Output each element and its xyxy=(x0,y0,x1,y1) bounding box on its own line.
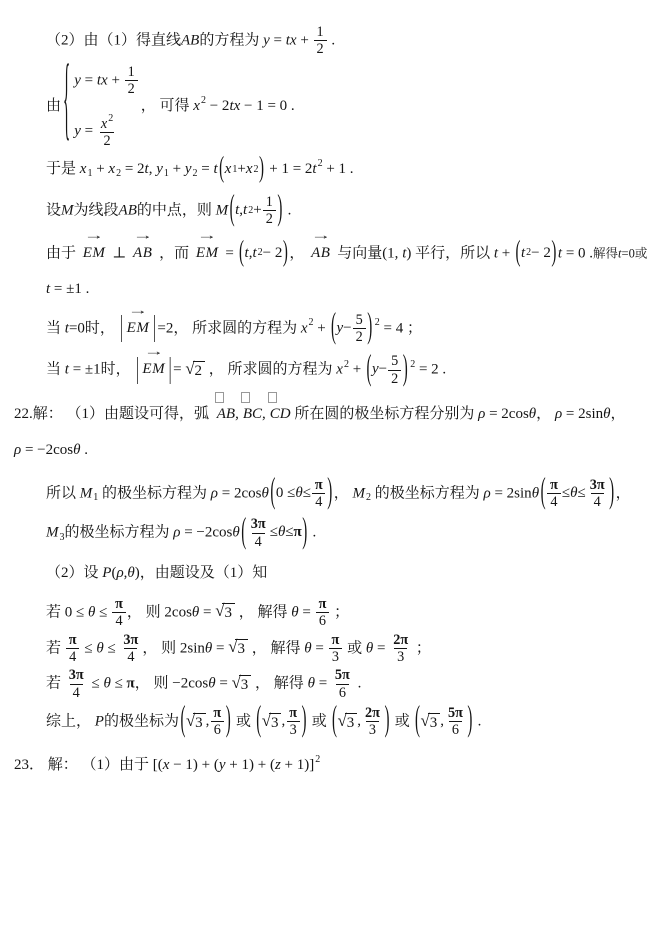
close-delimiter: ) xyxy=(225,704,231,740)
paragraph-p10: 所以 M1 的极坐标方程为 ρ = 2cosθ(0 ≤ θ ≤ π4)， M2 … xyxy=(46,477,646,511)
text-run: . xyxy=(354,676,362,692)
fenced-group: (t,t2 + 12) xyxy=(229,194,283,228)
math-variable: θ xyxy=(570,480,577,508)
paragraph-p8: 当 t = ±1时， |→EM|= √2 ， 所求圆的方程为 x2 + (y −… xyxy=(46,353,646,387)
text-run: 的极坐标方程为 xyxy=(98,485,211,501)
open-delimiter: ( xyxy=(256,704,262,740)
right-arrow-icon: → xyxy=(84,229,104,241)
math-variable: θ xyxy=(232,525,239,541)
fraction-numerator: 3π xyxy=(120,632,141,648)
text-run: + 1) + ( xyxy=(226,757,275,773)
fraction-numerator: 3π xyxy=(587,477,608,493)
text-run: 或 xyxy=(308,713,331,729)
text-run: = xyxy=(81,72,97,88)
fraction: 12 xyxy=(313,24,328,58)
arc-name: CD xyxy=(270,406,291,422)
vector: →EM xyxy=(127,315,150,343)
open-delimiter: ( xyxy=(241,515,247,551)
square-root: √3 xyxy=(232,674,252,694)
text-run: − xyxy=(379,356,387,384)
system-rows: y = tx + 12y = x22 xyxy=(74,64,139,150)
paragraph-p17: 23． 解： （1）由于 [(x − 1) + (y + 1) + (z + 1… xyxy=(14,751,646,780)
text-run: 4 xyxy=(255,534,262,550)
close-delimiter: ) xyxy=(327,476,333,512)
vector: →AB xyxy=(311,240,330,268)
paragraph-p11: M3的极坐标方程为 ρ = −2cosθ(3π4 ≤ θ ≤ π) . xyxy=(46,516,646,550)
math-variable: y xyxy=(372,356,379,384)
fenced-group: (x1 + x2) xyxy=(219,156,265,184)
text-run: 3 xyxy=(369,722,376,738)
fraction: 2π3 xyxy=(361,705,384,739)
open-delimiter: ( xyxy=(414,704,420,740)
paragraph-p9: 22.解： （1）由题设可得，弧 AB,BC,CD 所在圆的极坐标方程分别为 ρ… xyxy=(14,401,646,429)
fence-content: 3π4 ≤ θ ≤ π xyxy=(247,516,302,550)
text-run: 3π xyxy=(69,667,84,683)
arc-label: CD xyxy=(270,401,291,429)
square-root: √3 xyxy=(228,638,248,658)
close-delimiter: ) xyxy=(384,704,390,740)
close-delimiter: ) xyxy=(302,515,308,551)
text-run: ， 可得 xyxy=(141,98,194,114)
close-delimiter: ) xyxy=(282,239,288,268)
text-run: = −2cos xyxy=(180,525,232,541)
vector-name: EM xyxy=(83,245,106,261)
fraction-numerator: 2π xyxy=(362,705,383,721)
open-delimiter: ( xyxy=(332,704,338,740)
text-run: π xyxy=(69,632,77,648)
text-run: 的中点，则 xyxy=(137,202,216,218)
text-run: = xyxy=(312,640,328,656)
text-run: 的极坐标方程为 xyxy=(371,485,484,501)
superscript: 2 xyxy=(108,113,113,124)
text-run: 的方程为 xyxy=(199,32,263,48)
math-document: （2）由（1）得直线AB的方程为 y = tx + 12 .由{y = tx +… xyxy=(0,24,646,780)
square-root: √3 xyxy=(338,712,358,732)
text-run: π xyxy=(315,477,323,493)
fraction-denominator: 4 xyxy=(124,648,137,665)
text-run: π xyxy=(294,519,302,547)
fence-content: →EM xyxy=(139,356,168,384)
text-run: ≤ xyxy=(111,676,127,692)
text-run: + xyxy=(314,320,330,336)
text-run: 的极坐标方程为 xyxy=(65,525,174,541)
text-run: = 2cos xyxy=(218,485,261,501)
math-variable: M xyxy=(353,485,366,501)
fraction: π3 xyxy=(328,632,344,666)
fraction: 52 xyxy=(352,312,367,346)
math-variable: x xyxy=(80,161,87,177)
math-variable: x xyxy=(336,362,343,378)
fraction: 52 xyxy=(387,353,402,387)
open-delimiter: ( xyxy=(330,311,336,347)
fraction-denominator: 2 xyxy=(100,132,113,149)
math-variable: ρ xyxy=(484,485,491,501)
equation-system: {y = tx + 12y = x22 xyxy=(63,64,139,150)
math-variable: θ xyxy=(73,442,80,458)
fraction-numerator: π xyxy=(112,596,126,612)
fraction: 3π4 xyxy=(586,477,609,511)
math-variable: θ xyxy=(261,485,268,501)
text-run: 4 xyxy=(550,494,557,510)
text-run: + xyxy=(297,32,313,48)
text-run: ) 平行，所以 xyxy=(406,245,494,261)
text-run: 6 xyxy=(319,613,326,629)
square-root: √3 xyxy=(262,712,282,732)
fraction-numerator: 3π xyxy=(248,516,269,532)
fraction-denominator: 4 xyxy=(112,612,125,629)
close-delimiter: | xyxy=(152,314,156,343)
vector-name: EM xyxy=(196,245,219,261)
text-run: 的极坐标为 xyxy=(104,713,179,729)
fraction-denominator: 3 xyxy=(287,721,300,738)
paragraph-p14: 若 π4 ≤ θ ≤ 3π4， 则 2sinθ = √3 ， 解得 θ = π3… xyxy=(46,632,646,666)
math-variable: M xyxy=(61,202,74,218)
text-run: ； xyxy=(412,640,431,656)
text-run: 或 xyxy=(343,640,366,656)
text-run: , xyxy=(262,406,266,422)
math-variable: x xyxy=(225,156,232,184)
square-root: √2 xyxy=(185,360,205,380)
text-run: = 4 ； xyxy=(380,320,422,336)
fraction: π4 xyxy=(65,632,81,666)
text-run: = xyxy=(315,676,331,692)
fraction-denominator: 6 xyxy=(316,612,329,629)
fenced-group: (t2 − 2) xyxy=(515,240,557,268)
math-variable: tx xyxy=(286,32,297,48)
open-delimiter: | xyxy=(135,355,139,384)
fence-content: t,t2 + 12 xyxy=(235,194,277,228)
text-run: π xyxy=(332,632,340,648)
text-run: ， 则 2sin xyxy=(142,640,205,656)
text-run: = xyxy=(199,604,215,620)
text-run: = xyxy=(299,604,315,620)
open-delimiter: ( xyxy=(219,155,225,184)
fraction-denominator: 4 xyxy=(66,648,79,665)
fraction-numerator: 5π xyxy=(445,705,466,721)
fenced-group: (y − 52) xyxy=(330,312,372,346)
text-run: . xyxy=(81,442,89,458)
text-run: 2 xyxy=(103,133,110,149)
text-run: 由于 xyxy=(46,245,80,261)
text-run: ⊥ xyxy=(108,245,130,261)
text-run: =2， 所求圆的方程为 xyxy=(157,320,300,336)
text-run: 3 xyxy=(195,715,203,731)
fence-content: x1 + x2 xyxy=(225,156,259,184)
math-variable: x xyxy=(246,156,253,184)
paragraph-p12: （2）设 P(ρ,θ)，由题设及（1）知 xyxy=(46,560,646,588)
vector-name: AB xyxy=(133,245,152,261)
text-run: 3 xyxy=(430,715,438,731)
text-run: ， xyxy=(536,406,555,422)
text-run: 6 xyxy=(214,722,221,738)
fraction: 3π4 xyxy=(119,632,142,666)
fraction-numerator: π xyxy=(286,705,300,721)
text-run: =0或 xyxy=(622,246,648,260)
open-delimiter: ( xyxy=(180,704,186,740)
fenced-group: |→EM| xyxy=(120,315,157,343)
fraction-numerator: 5 xyxy=(388,353,401,369)
fraction-numerator: π xyxy=(316,596,330,612)
fraction-denominator: 4 xyxy=(252,533,265,550)
fenced-group: (3π4 ≤ θ ≤ π) xyxy=(241,516,308,550)
text-run: 3 xyxy=(347,715,355,731)
text-run: 当 xyxy=(46,362,65,378)
square-root: √3 xyxy=(186,712,206,732)
vector: →EM xyxy=(142,356,165,384)
vector-name: EM xyxy=(142,361,165,377)
math-variable: y xyxy=(263,32,270,48)
paragraph-p15: 若 3π4 ≤ θ ≤ π， 则 −2cosθ = √3 ， 解得 θ = 5π… xyxy=(46,667,646,701)
text-run: + xyxy=(108,72,124,88)
fraction-numerator: 1 xyxy=(314,24,327,40)
radicand: 3 xyxy=(222,603,235,622)
fence-content: √3,2π3 xyxy=(338,705,384,739)
text-run: ≤ xyxy=(95,604,111,620)
fraction: 3π4 xyxy=(247,516,270,550)
paragraph-p9b: ρ = −2cosθ . xyxy=(14,437,646,465)
text-run: = −2cos xyxy=(21,442,73,458)
open-delimiter: ( xyxy=(229,193,235,229)
text-run: + xyxy=(237,156,245,184)
text-run: = xyxy=(173,362,185,378)
radicand: 2 xyxy=(193,361,206,380)
text-run: = 2 xyxy=(121,161,144,177)
system-row: y = x22 xyxy=(74,113,117,150)
fraction-numerator: π xyxy=(66,632,80,648)
fence-content: →EM xyxy=(124,315,153,343)
radicand: 3 xyxy=(345,713,358,732)
fraction: 2π3 xyxy=(389,632,412,666)
math-variable: t xyxy=(243,197,247,225)
paragraph-p7: 当 t=0时， |→EM|=2， 所求圆的方程为 x2 + (y − 52)2 … xyxy=(46,312,646,346)
text-run: 2π xyxy=(365,705,380,721)
fraction-denominator: 2 xyxy=(314,40,327,57)
text-run: ， xyxy=(616,485,631,501)
text-run: 23． 解： （1）由于 xyxy=(14,757,153,773)
text-run: 若 xyxy=(46,640,65,656)
text-run: + 1 . xyxy=(323,161,354,177)
paragraph-p1: （2）由（1）得直线AB的方程为 y = tx + 12 . xyxy=(46,24,646,58)
math-variable: θ xyxy=(291,604,298,620)
text-run: − 2 xyxy=(206,98,229,114)
math-variable: M xyxy=(46,525,59,541)
fraction: 12 xyxy=(262,194,277,228)
text-run: + xyxy=(253,197,261,225)
fence-content: 0 ≤ θ ≤ π4 xyxy=(276,477,327,511)
fraction: 5π6 xyxy=(331,667,354,701)
text-run: 或 xyxy=(232,713,255,729)
fraction-numerator: π xyxy=(210,705,224,721)
radicand: 3 xyxy=(428,713,441,732)
open-delimiter: ( xyxy=(270,476,276,512)
text-run: ≤ xyxy=(285,519,293,547)
math-variable: θ xyxy=(278,519,285,547)
text-run: . xyxy=(474,713,482,729)
text-run: ， xyxy=(610,406,625,422)
math-variable: θ xyxy=(308,676,315,692)
superscript: 2 xyxy=(315,754,320,765)
math-variable: θ xyxy=(96,640,103,656)
text-run: . xyxy=(309,525,317,541)
text-run: − 2 xyxy=(531,240,551,268)
vector-name: AB xyxy=(311,245,330,261)
text-run: 由 xyxy=(46,98,61,114)
text-run: 1 xyxy=(128,64,135,80)
radicand: 3 xyxy=(235,639,248,658)
fence-content: t,t2 − 2 xyxy=(245,240,283,268)
text-run: ≤ xyxy=(270,519,278,547)
text-run: + xyxy=(349,362,365,378)
math-variable: x xyxy=(301,320,308,336)
text-run: 5 xyxy=(391,353,398,369)
fraction-denominator: 4 xyxy=(70,684,83,701)
paragraph-p6: t = ±1 . xyxy=(46,276,646,304)
paragraph-p4: 设M为线段AB的中点，则 M(t,t2 + 12) . xyxy=(46,194,646,228)
math-variable: AB xyxy=(119,202,137,218)
fence-content: y − 52 xyxy=(372,353,402,387)
text-run: 6 xyxy=(339,685,346,701)
fraction: 12 xyxy=(124,64,139,98)
text-run: ≤ xyxy=(81,640,97,656)
arc-label: AB xyxy=(217,401,235,429)
text-run: ， 则 −2cos xyxy=(135,676,208,692)
text-run: = 2sin xyxy=(491,485,532,501)
text-run: − 1 = 0 . xyxy=(240,98,294,114)
close-delimiter: ) xyxy=(467,704,473,740)
text-run: = xyxy=(212,640,228,656)
text-run: 2 xyxy=(195,363,203,379)
text-run: 2 xyxy=(128,81,135,97)
text-run: = ±1时， xyxy=(69,362,134,378)
math-variable: y xyxy=(74,72,81,88)
text-run: 5 xyxy=(356,312,363,328)
fraction: π6 xyxy=(315,596,331,630)
text-run: = ±1 . xyxy=(50,281,89,297)
math-variable: y xyxy=(336,315,343,343)
text-run: 于是 xyxy=(46,161,80,177)
math-variable: M xyxy=(80,485,93,501)
math-variable: AB xyxy=(181,32,199,48)
text-run: 4 xyxy=(315,494,322,510)
fraction: π4 xyxy=(111,596,127,630)
text-run: 3 xyxy=(332,649,339,665)
vector: →EM xyxy=(196,240,219,268)
fraction-denominator: 4 xyxy=(312,493,325,510)
fraction-numerator: π xyxy=(312,477,326,493)
open-delimiter: ( xyxy=(515,239,521,268)
text-run: = 2cos xyxy=(485,406,528,422)
text-run: 6 xyxy=(452,722,459,738)
math-variable: t xyxy=(521,240,525,268)
math-variable: t xyxy=(312,161,316,177)
fence-content: √3,π3 xyxy=(262,705,301,739)
close-delimiter: ) xyxy=(402,352,408,388)
fraction-denominator: 2 xyxy=(353,328,366,345)
text-run: 22.解： （1）由题设可得，弧 xyxy=(14,406,213,422)
text-run: 3π xyxy=(590,477,605,493)
text-run: 3 xyxy=(271,715,279,731)
text-run: − 2 xyxy=(263,240,283,268)
close-delimiter: ) xyxy=(551,239,557,268)
fraction-numerator: x2 xyxy=(98,113,116,132)
close-delimiter: | xyxy=(168,355,172,384)
text-run: . xyxy=(284,202,292,218)
fence-content: √3,5π6 xyxy=(420,705,466,739)
text-run: 0 ≤ xyxy=(276,480,295,508)
text-run: 3π xyxy=(123,632,138,648)
text-run: ， 解得 xyxy=(248,640,304,656)
text-run: ， 所求圆的方程为 xyxy=(205,362,336,378)
fraction: π4 xyxy=(546,477,562,511)
paragraph-p2: 由{y = tx + 12y = x22， 可得 x2 − 2tx − 1 = … xyxy=(46,64,646,150)
text-run: [( xyxy=(153,757,163,773)
text-run: + 1 = 2 xyxy=(265,161,312,177)
text-run: 解得 xyxy=(593,246,618,260)
fraction: π4 xyxy=(311,477,327,511)
math-variable: θ xyxy=(208,676,215,692)
fraction-numerator: 5π xyxy=(332,667,353,683)
text-run: = xyxy=(222,245,238,261)
right-arrow-icon: → xyxy=(128,304,148,316)
text-run: 3 xyxy=(224,605,232,621)
radicand: 3 xyxy=(269,713,282,732)
fence-content: t2 − 2 xyxy=(521,240,551,268)
fraction: x22 xyxy=(97,113,117,150)
math-variable: P xyxy=(95,713,104,729)
math-variable: tx xyxy=(229,98,240,114)
vector: →AB xyxy=(133,240,152,268)
text-run: 2 xyxy=(266,211,273,227)
close-delimiter: ) xyxy=(609,476,615,512)
text-run: π xyxy=(319,596,327,612)
right-arrow-icon: → xyxy=(311,229,331,241)
math-variable: θ xyxy=(304,640,311,656)
paragraph-p5: 由于 →EM ⊥ →AB ，而 →EM = (t,t2 − 2)， →AB 与向… xyxy=(46,240,646,268)
text-run: ， xyxy=(289,245,308,261)
text-run: 5π xyxy=(448,705,463,721)
text-run: 2 xyxy=(317,41,324,57)
text-run: 3π xyxy=(251,516,266,532)
text-run: 所在圆的极坐标方程分别为 xyxy=(291,406,479,422)
text-run: π xyxy=(550,477,558,493)
math-variable: θ xyxy=(103,676,110,692)
fenced-group: (√3,π6) xyxy=(180,705,231,739)
open-delimiter: | xyxy=(120,314,124,343)
arc-name: AB xyxy=(217,406,235,422)
text-run: ， xyxy=(334,485,353,501)
vector: →EM xyxy=(83,240,106,268)
text-run: − 1) + ( xyxy=(169,757,218,773)
math-variable: x xyxy=(108,161,115,177)
math-variable: y xyxy=(74,122,81,138)
fenced-group: (t,t2 − 2) xyxy=(239,240,289,268)
text-run: + xyxy=(498,245,514,261)
fraction: 5π6 xyxy=(444,705,467,739)
text-run: + xyxy=(169,161,185,177)
arc-label: BC xyxy=(243,401,262,429)
text-run: ≤ xyxy=(577,480,585,508)
text-run: ，而 xyxy=(155,245,193,261)
fraction-denominator: 4 xyxy=(547,493,560,510)
math-variable: θ xyxy=(532,485,539,501)
document-page: （2）由（1）得直线AB的方程为 y = tx + 12 .由{y = tx +… xyxy=(0,0,650,939)
close-delimiter: ) xyxy=(301,704,307,740)
fraction-numerator: 1 xyxy=(263,194,276,210)
fraction-denominator: 3 xyxy=(366,721,379,738)
open-delimiter: ( xyxy=(239,239,245,268)
text-run: π xyxy=(213,705,221,721)
text-run: 若 xyxy=(46,676,65,692)
